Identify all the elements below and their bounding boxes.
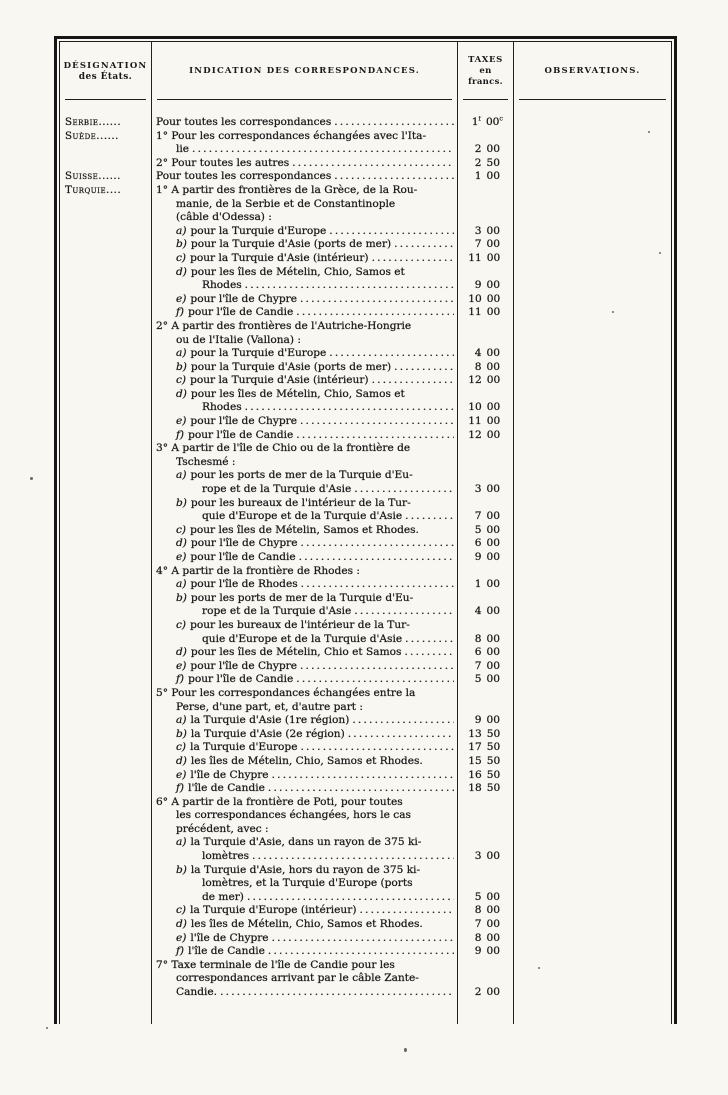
tax-integer: 11 <box>468 306 481 320</box>
dotted-leader <box>268 945 454 959</box>
state-cell <box>60 809 152 823</box>
entry-cell: 4° A partir de la frontière de Rhodes : <box>152 565 458 579</box>
state-cell <box>60 211 152 225</box>
item-letter: e) <box>176 769 186 783</box>
state-cell <box>60 891 152 905</box>
tax-decimal: 00 <box>487 660 503 674</box>
state-cell <box>60 850 152 864</box>
dotted-leader <box>296 673 454 687</box>
observations-cell <box>514 456 671 470</box>
entry-text: pour la Turquie d'Europe <box>190 347 326 361</box>
table-row: c)pour la Turquie d'Asie (intérieur)1100 <box>60 252 671 266</box>
state-cell <box>60 565 152 579</box>
entry-text: 6° A partir de la frontière de Poti, pou… <box>156 796 403 810</box>
state-cell <box>60 714 152 728</box>
entry-cell: 2° A partir des frontières de l'Autriche… <box>152 320 458 334</box>
tax-cell <box>458 388 514 402</box>
item-letter: c) <box>176 252 186 266</box>
entry-cell: précédent, avec : <box>152 823 458 837</box>
item-letter: a) <box>176 578 186 592</box>
scan-speck <box>659 252 661 254</box>
observations-cell <box>514 157 671 171</box>
tax-cell <box>458 130 514 144</box>
observations-cell <box>514 401 671 415</box>
entry-cell: lie <box>152 143 458 157</box>
entry-cell: d)pour les îles de Mételin, Chio, Samos … <box>152 266 458 280</box>
table-row: c)pour la Turquie d'Asie (intérieur)1200 <box>60 374 671 388</box>
entry-text: Pour toutes les correspondances <box>156 116 331 130</box>
table-row: 3° A partir de l'île de Chio ou de la fr… <box>60 442 671 456</box>
state-cell <box>60 252 152 266</box>
table-row: c)la Turquie d'Europe (intérieur)800 <box>60 904 671 918</box>
tax-integer: 3 <box>469 483 482 497</box>
state-cell <box>60 306 152 320</box>
entry-text: pour la Turquie d'Asie (intérieur) <box>190 252 369 266</box>
entry-text: Perse, d'une part, et, d'autre part : <box>176 701 363 715</box>
tax-cell: 250 <box>458 157 514 171</box>
item-letter: b) <box>176 497 187 511</box>
state-cell <box>60 334 152 348</box>
table-row: f)pour l'île de Candie500 <box>60 673 671 687</box>
table-row: les correspondances échangées, hors le c… <box>60 809 671 823</box>
state-cell <box>60 918 152 932</box>
observations-cell <box>514 646 671 660</box>
dotted-leader <box>300 415 454 429</box>
entry-cell: (câble d'Odessa) : <box>152 211 458 225</box>
tax-integer: 10 <box>468 293 481 307</box>
observations-cell <box>514 198 671 212</box>
state-cell <box>60 401 152 415</box>
tax-cell: 700 <box>458 660 514 674</box>
entry-text: pour l'île de Chypre <box>190 660 297 674</box>
table-row: b)pour la Turquie d'Asie (ports de mer)8… <box>60 361 671 375</box>
entry-text: 3° A partir de l'île de Chio ou de la fr… <box>156 442 410 456</box>
observations-cell <box>514 633 671 647</box>
item-letter: e) <box>176 551 186 565</box>
tax-cell: 1850 <box>458 782 514 796</box>
state-cell <box>60 592 152 606</box>
tax-integer: 4 <box>469 605 482 619</box>
tax-decimal: 00 <box>487 537 503 551</box>
tax-cell: 100 <box>458 578 514 592</box>
dotted-leader <box>299 551 454 565</box>
tax-decimal: 00 <box>487 374 503 388</box>
item-letter: b) <box>176 864 187 878</box>
table-row: 7° Taxe terminale de l'île de Candie pou… <box>60 959 671 973</box>
entry-cell: c)la Turquie d'Europe (intérieur) <box>152 904 458 918</box>
item-letter: d) <box>176 388 187 402</box>
observations-cell <box>514 225 671 239</box>
entry-cell: a)la Turquie d'Asie (1re région) <box>152 714 458 728</box>
observations-cell <box>514 565 671 579</box>
tax-integer: 17 <box>468 741 481 755</box>
dotted-leader <box>394 238 454 252</box>
tax-cell: 900 <box>458 279 514 293</box>
observations-cell <box>514 864 671 878</box>
tax-cell: 500 <box>458 891 514 905</box>
entry-text: pour les îles de Mételin, Chio, Samos et <box>191 266 405 280</box>
table-row: d)pour les îles de Mételin, Chio, Samos … <box>60 388 671 402</box>
item-letter: f) <box>176 306 184 320</box>
item-letter: b) <box>176 361 187 375</box>
state-cell <box>60 877 152 891</box>
tax-cell <box>458 796 514 810</box>
entry-cell: b)pour la Turquie d'Asie (ports de mer) <box>152 238 458 252</box>
entry-cell: b)la Turquie d'Asie (2e région) <box>152 728 458 742</box>
tax-cell: 500 <box>458 673 514 687</box>
entry-cell: f)pour l'île de Candie <box>152 429 458 443</box>
tax-cell <box>458 456 514 470</box>
tax-decimal: 00 <box>487 524 503 538</box>
item-letter: a) <box>176 347 186 361</box>
observations-cell <box>514 100 671 116</box>
state-cell <box>60 673 152 687</box>
table-row: d)pour les îles de Mételin, Chio et Samo… <box>60 646 671 660</box>
state-cell <box>60 388 152 402</box>
entry-cell: 5° Pour les correspondances échangées en… <box>152 687 458 701</box>
entry-cell: Tschesmé : <box>152 456 458 470</box>
tax-cell <box>458 877 514 891</box>
state-cell <box>60 701 152 715</box>
tax-decimal: 00 <box>487 238 503 252</box>
entry-text: manie, de la Serbie et de Constantinople <box>176 198 395 212</box>
item-letter: b) <box>176 728 187 742</box>
tax-integer: 13 <box>468 728 481 742</box>
entry-text: quie d'Europe et de la Turquie d'Asie <box>202 633 402 647</box>
entry-text: de mer) <box>202 891 244 905</box>
entry-cell: b)la Turquie d'Asie, hors du rayon de 37… <box>152 864 458 878</box>
tax-cell <box>458 334 514 348</box>
observations-cell <box>514 361 671 375</box>
entry-text: pour les ports de mer de la Turquie d'Eu… <box>191 592 413 606</box>
tax-integer: 8 <box>469 904 482 918</box>
observations-cell <box>514 687 671 701</box>
state-cell <box>60 619 152 633</box>
observations-cell <box>514 469 671 483</box>
entry-text: pour la Turquie d'Europe <box>190 225 326 239</box>
tax-decimal: 00 <box>487 252 503 266</box>
table-row: b)la Turquie d'Asie, hors du rayon de 37… <box>60 864 671 878</box>
tax-decimal: 00 <box>487 483 503 497</box>
observations-cell <box>514 986 671 1000</box>
tax-cell <box>458 959 514 973</box>
state-cell <box>60 796 152 810</box>
dotted-leader <box>292 157 454 171</box>
table-row: a)pour les ports de mer de la Turquie d'… <box>60 469 671 483</box>
item-letter: d) <box>176 266 187 280</box>
table-row: f)l'île de Candie1850 <box>60 782 671 796</box>
state-cell: Suisse...... <box>60 170 152 184</box>
state-cell <box>60 769 152 783</box>
dotted-leader <box>301 537 455 551</box>
dotted-leader <box>334 116 454 130</box>
observations-cell <box>514 918 671 932</box>
table-row: f)pour l'île de Candie1100 <box>60 306 671 320</box>
item-letter: e) <box>176 415 186 429</box>
entry-cell: 1° A partir des frontières de la Grèce, … <box>152 184 458 198</box>
entry-text: pour l'île de Candie <box>188 306 293 320</box>
tax-cell: 1100 <box>458 306 514 320</box>
entry-text: la Turquie d'Asie (1re région) <box>190 714 349 728</box>
state-cell <box>60 238 152 252</box>
table-row: lie200 <box>60 143 671 157</box>
header-designation-line1: DÉSIGNATION <box>64 61 148 71</box>
observations-cell <box>514 279 671 293</box>
entry-cell: e)pour l'île de Candie <box>152 551 458 565</box>
table-row: f)l'île de Candie900 <box>60 945 671 959</box>
tariff-table: DÉSIGNATION des États. INDICATION DES CO… <box>54 36 677 1024</box>
scan-speck <box>538 967 540 969</box>
tax-cell: 1650 <box>458 769 514 783</box>
table-body: Serbie......Pour toutes les correspondan… <box>60 100 671 1024</box>
entry-cell: les correspondances échangées, hors le c… <box>152 809 458 823</box>
tax-cell <box>458 1000 514 1024</box>
entry-text: la Turquie d'Asie, hors du rayon de 375 … <box>191 864 420 878</box>
entry-text: 5° Pour les correspondances échangées en… <box>156 687 415 701</box>
dotted-leader <box>334 170 454 184</box>
observations-cell <box>514 238 671 252</box>
observations-cell <box>514 836 671 850</box>
observations-cell <box>514 769 671 783</box>
item-letter: f) <box>176 429 184 443</box>
dotted-leader <box>220 986 454 1000</box>
state-cell <box>60 537 152 551</box>
tax-integer: 2 <box>469 986 482 1000</box>
tax-cell <box>458 592 514 606</box>
entry-cell: f)l'île de Candie <box>152 945 458 959</box>
entry-text: ou de l'Italie (Vallona) : <box>176 334 301 348</box>
entry-cell: e)l'île de Chypre <box>152 769 458 783</box>
tax-integer: 7 <box>469 238 482 252</box>
state-cell <box>60 986 152 1000</box>
tax-decimal: 00 <box>487 415 503 429</box>
entry-cell: c)pour la Turquie d'Asie (intérieur) <box>152 252 458 266</box>
table-row: b)pour les bureaux de l'intérieur de la … <box>60 497 671 511</box>
scan-speck <box>603 72 605 74</box>
item-letter: a) <box>176 714 186 728</box>
tax-integer: 8 <box>469 932 482 946</box>
item-letter: c) <box>176 374 186 388</box>
table-row: e)pour l'île de Chypre1000 <box>60 293 671 307</box>
observations-cell <box>514 877 671 891</box>
tax-unit-sup: f <box>479 116 481 122</box>
item-letter: c) <box>176 524 186 538</box>
entry-cell: c)la Turquie d'Europe <box>152 741 458 755</box>
tax-decimal: 50 <box>487 769 503 783</box>
entry-text: 7° Taxe terminale de l'île de Candie pou… <box>156 959 395 973</box>
tax-integer: 11 <box>468 252 481 266</box>
entry-cell: 2° Pour toutes les autres <box>152 157 458 171</box>
state-cell <box>60 293 152 307</box>
observations-cell <box>514 347 671 361</box>
item-letter: a) <box>176 836 186 850</box>
dotted-leader <box>301 578 454 592</box>
table-row: (câble d'Odessa) : <box>60 211 671 225</box>
tax-decimal: 00 <box>487 347 503 361</box>
tax-cell: 1350 <box>458 728 514 742</box>
state-cell <box>60 959 152 973</box>
entry-text: Tschesmé : <box>176 456 235 470</box>
scan-speck <box>648 131 650 133</box>
header-designation-line2: des États. <box>79 72 132 82</box>
entry-cell: d)les îles de Mételin, Chio, Samos et Rh… <box>152 918 458 932</box>
header-observations-label: OBSERVATIONS. <box>545 66 641 76</box>
tax-decimal: 00 <box>487 673 503 687</box>
entry-text: les correspondances échangées, hors le c… <box>176 809 411 823</box>
state-cell <box>60 429 152 443</box>
tax-cell <box>458 864 514 878</box>
tax-decimal: 00 <box>487 401 503 415</box>
entry-cell: Perse, d'une part, et, d'autre part : <box>152 701 458 715</box>
tax-integer: 5 <box>469 673 482 687</box>
tax-integer: 15 <box>468 755 481 769</box>
tax-cell: 1100 <box>458 252 514 266</box>
observations-cell <box>514 660 671 674</box>
table-row: c)pour les bureaux de l'intérieur de la … <box>60 619 671 633</box>
tax-cell: 800 <box>458 633 514 647</box>
table-row <box>60 1000 671 1024</box>
tax-cell: 1200 <box>458 374 514 388</box>
observations-cell <box>514 143 671 157</box>
state-cell <box>60 510 152 524</box>
tax-decimal: 00 <box>487 891 503 905</box>
dotted-leader <box>405 633 454 647</box>
dotted-leader <box>300 741 454 755</box>
observations-cell <box>514 823 671 837</box>
item-letter: f) <box>176 673 184 687</box>
table-row: 2° Pour toutes les autres250 <box>60 157 671 171</box>
entry-cell: d)pour les îles de Mételin, Chio, Samos … <box>152 388 458 402</box>
dotted-leader <box>404 646 454 660</box>
observations-cell <box>514 483 671 497</box>
entry-cell: correspondances arrivant par le câble Za… <box>152 972 458 986</box>
entry-text: la Turquie d'Europe (intérieur) <box>190 904 356 918</box>
tax-integer: 2 <box>469 157 482 171</box>
entry-text: 2° A partir des frontières de l'Autriche… <box>156 320 411 334</box>
entry-cell: de mer) <box>152 891 458 905</box>
dotted-leader <box>405 510 454 524</box>
entry-cell: a)pour les ports de mer de la Turquie d'… <box>152 469 458 483</box>
entry-text: Rhodes <box>202 401 242 415</box>
state-cell <box>60 320 152 334</box>
tax-cell <box>458 266 514 280</box>
state-label: Turquie.... <box>65 184 121 196</box>
observations-cell <box>514 809 671 823</box>
table-row: d)pour les îles de Mételin, Chio, Samos … <box>60 266 671 280</box>
table-row: a)pour la Turquie d'Europe400 <box>60 347 671 361</box>
tax-integer: 9 <box>469 945 482 959</box>
observations-cell <box>514 510 671 524</box>
tax-cell: 1100 <box>458 415 514 429</box>
dotted-leader <box>296 306 454 320</box>
state-cell <box>60 578 152 592</box>
state-cell <box>60 823 152 837</box>
tax-cell: 800 <box>458 361 514 375</box>
entry-text: l'île de Chypre <box>190 932 268 946</box>
table-row: quie d'Europe et de la Turquie d'Asie700 <box>60 510 671 524</box>
observations-cell <box>514 932 671 946</box>
tax-unit-sup: c <box>499 116 503 122</box>
dotted-leader <box>329 225 454 239</box>
tax-integer: 7 <box>469 918 482 932</box>
tax-decimal: 00 <box>487 279 503 293</box>
tax-integer: 8 <box>469 361 482 375</box>
entry-cell: f)pour l'île de Candie <box>152 306 458 320</box>
state-cell <box>60 347 152 361</box>
state-label: Suisse...... <box>65 170 121 182</box>
tax-integer: 5 <box>469 891 482 905</box>
tax-cell: 400 <box>458 605 514 619</box>
entry-cell: c)pour la Turquie d'Asie (intérieur) <box>152 374 458 388</box>
entry-text: pour l'île de Candie <box>188 673 293 687</box>
observations-cell <box>514 442 671 456</box>
tax-cell <box>458 320 514 334</box>
item-letter: f) <box>176 782 184 796</box>
item-letter: e) <box>176 932 186 946</box>
table-row: c)pour les îles de Mételin, Samos et Rho… <box>60 524 671 538</box>
scanned-document-page: DÉSIGNATION des États. INDICATION DES CO… <box>0 0 728 1095</box>
table-row: d)les îles de Mételin, Chio, Samos et Rh… <box>60 918 671 932</box>
table-row: b)pour les ports de mer de la Turquie d'… <box>60 592 671 606</box>
table-row: Tschesmé : <box>60 456 671 470</box>
observations-cell <box>514 551 671 565</box>
tax-cell: 1550 <box>458 755 514 769</box>
tax-decimal: 00 <box>487 646 503 660</box>
entry-cell: 6° A partir de la frontière de Poti, pou… <box>152 796 458 810</box>
tax-decimal: 00 <box>487 932 503 946</box>
dotted-leader <box>359 904 454 918</box>
header-rule <box>157 99 452 100</box>
header-rule <box>463 99 508 100</box>
tax-cell <box>458 701 514 715</box>
tax-integer: 9 <box>469 551 482 565</box>
table-row: Rhodes1000 <box>60 401 671 415</box>
entry-text: correspondances arrivant par le câble Za… <box>176 972 419 986</box>
tax-integer: 7 <box>469 510 482 524</box>
item-letter: b) <box>176 238 187 252</box>
entry-text: 2° Pour toutes les autres <box>156 157 289 171</box>
tax-decimal: 00 <box>487 633 503 647</box>
table-row: e)pour l'île de Chypre700 <box>60 660 671 674</box>
entry-cell: Pour toutes les correspondances <box>152 170 458 184</box>
entry-cell: a)pour l'île de Rhodes <box>152 578 458 592</box>
entry-text: lie <box>176 143 189 157</box>
tax-decimal: 00 <box>487 293 503 307</box>
entry-cell: lomètres <box>152 850 458 864</box>
tax-integer: 1 <box>469 170 482 184</box>
state-cell: Turquie.... <box>60 184 152 198</box>
observations-cell <box>514 537 671 551</box>
tax-cell: 300 <box>458 225 514 239</box>
table-row: d)les îles de Mételin, Chio, Samos et Rh… <box>60 755 671 769</box>
tax-cell <box>458 836 514 850</box>
tax-decimal: 50 <box>487 157 503 171</box>
header-taxes-line3: francs. <box>468 77 503 87</box>
entry-text: pour la Turquie d'Asie (intérieur) <box>190 374 369 388</box>
state-cell <box>60 157 152 171</box>
entry-text: Rhodes <box>202 279 242 293</box>
tax-decimal: 00 <box>487 714 503 728</box>
table-row: Perse, d'une part, et, d'autre part : <box>60 701 671 715</box>
dotted-leader <box>272 932 454 946</box>
state-cell <box>60 660 152 674</box>
scan-speck <box>612 311 614 313</box>
entry-text: lomètres <box>202 850 249 864</box>
item-letter: b) <box>176 592 187 606</box>
tax-integer: 6 <box>469 537 482 551</box>
dotted-leader <box>296 429 454 443</box>
observations-cell <box>514 334 671 348</box>
